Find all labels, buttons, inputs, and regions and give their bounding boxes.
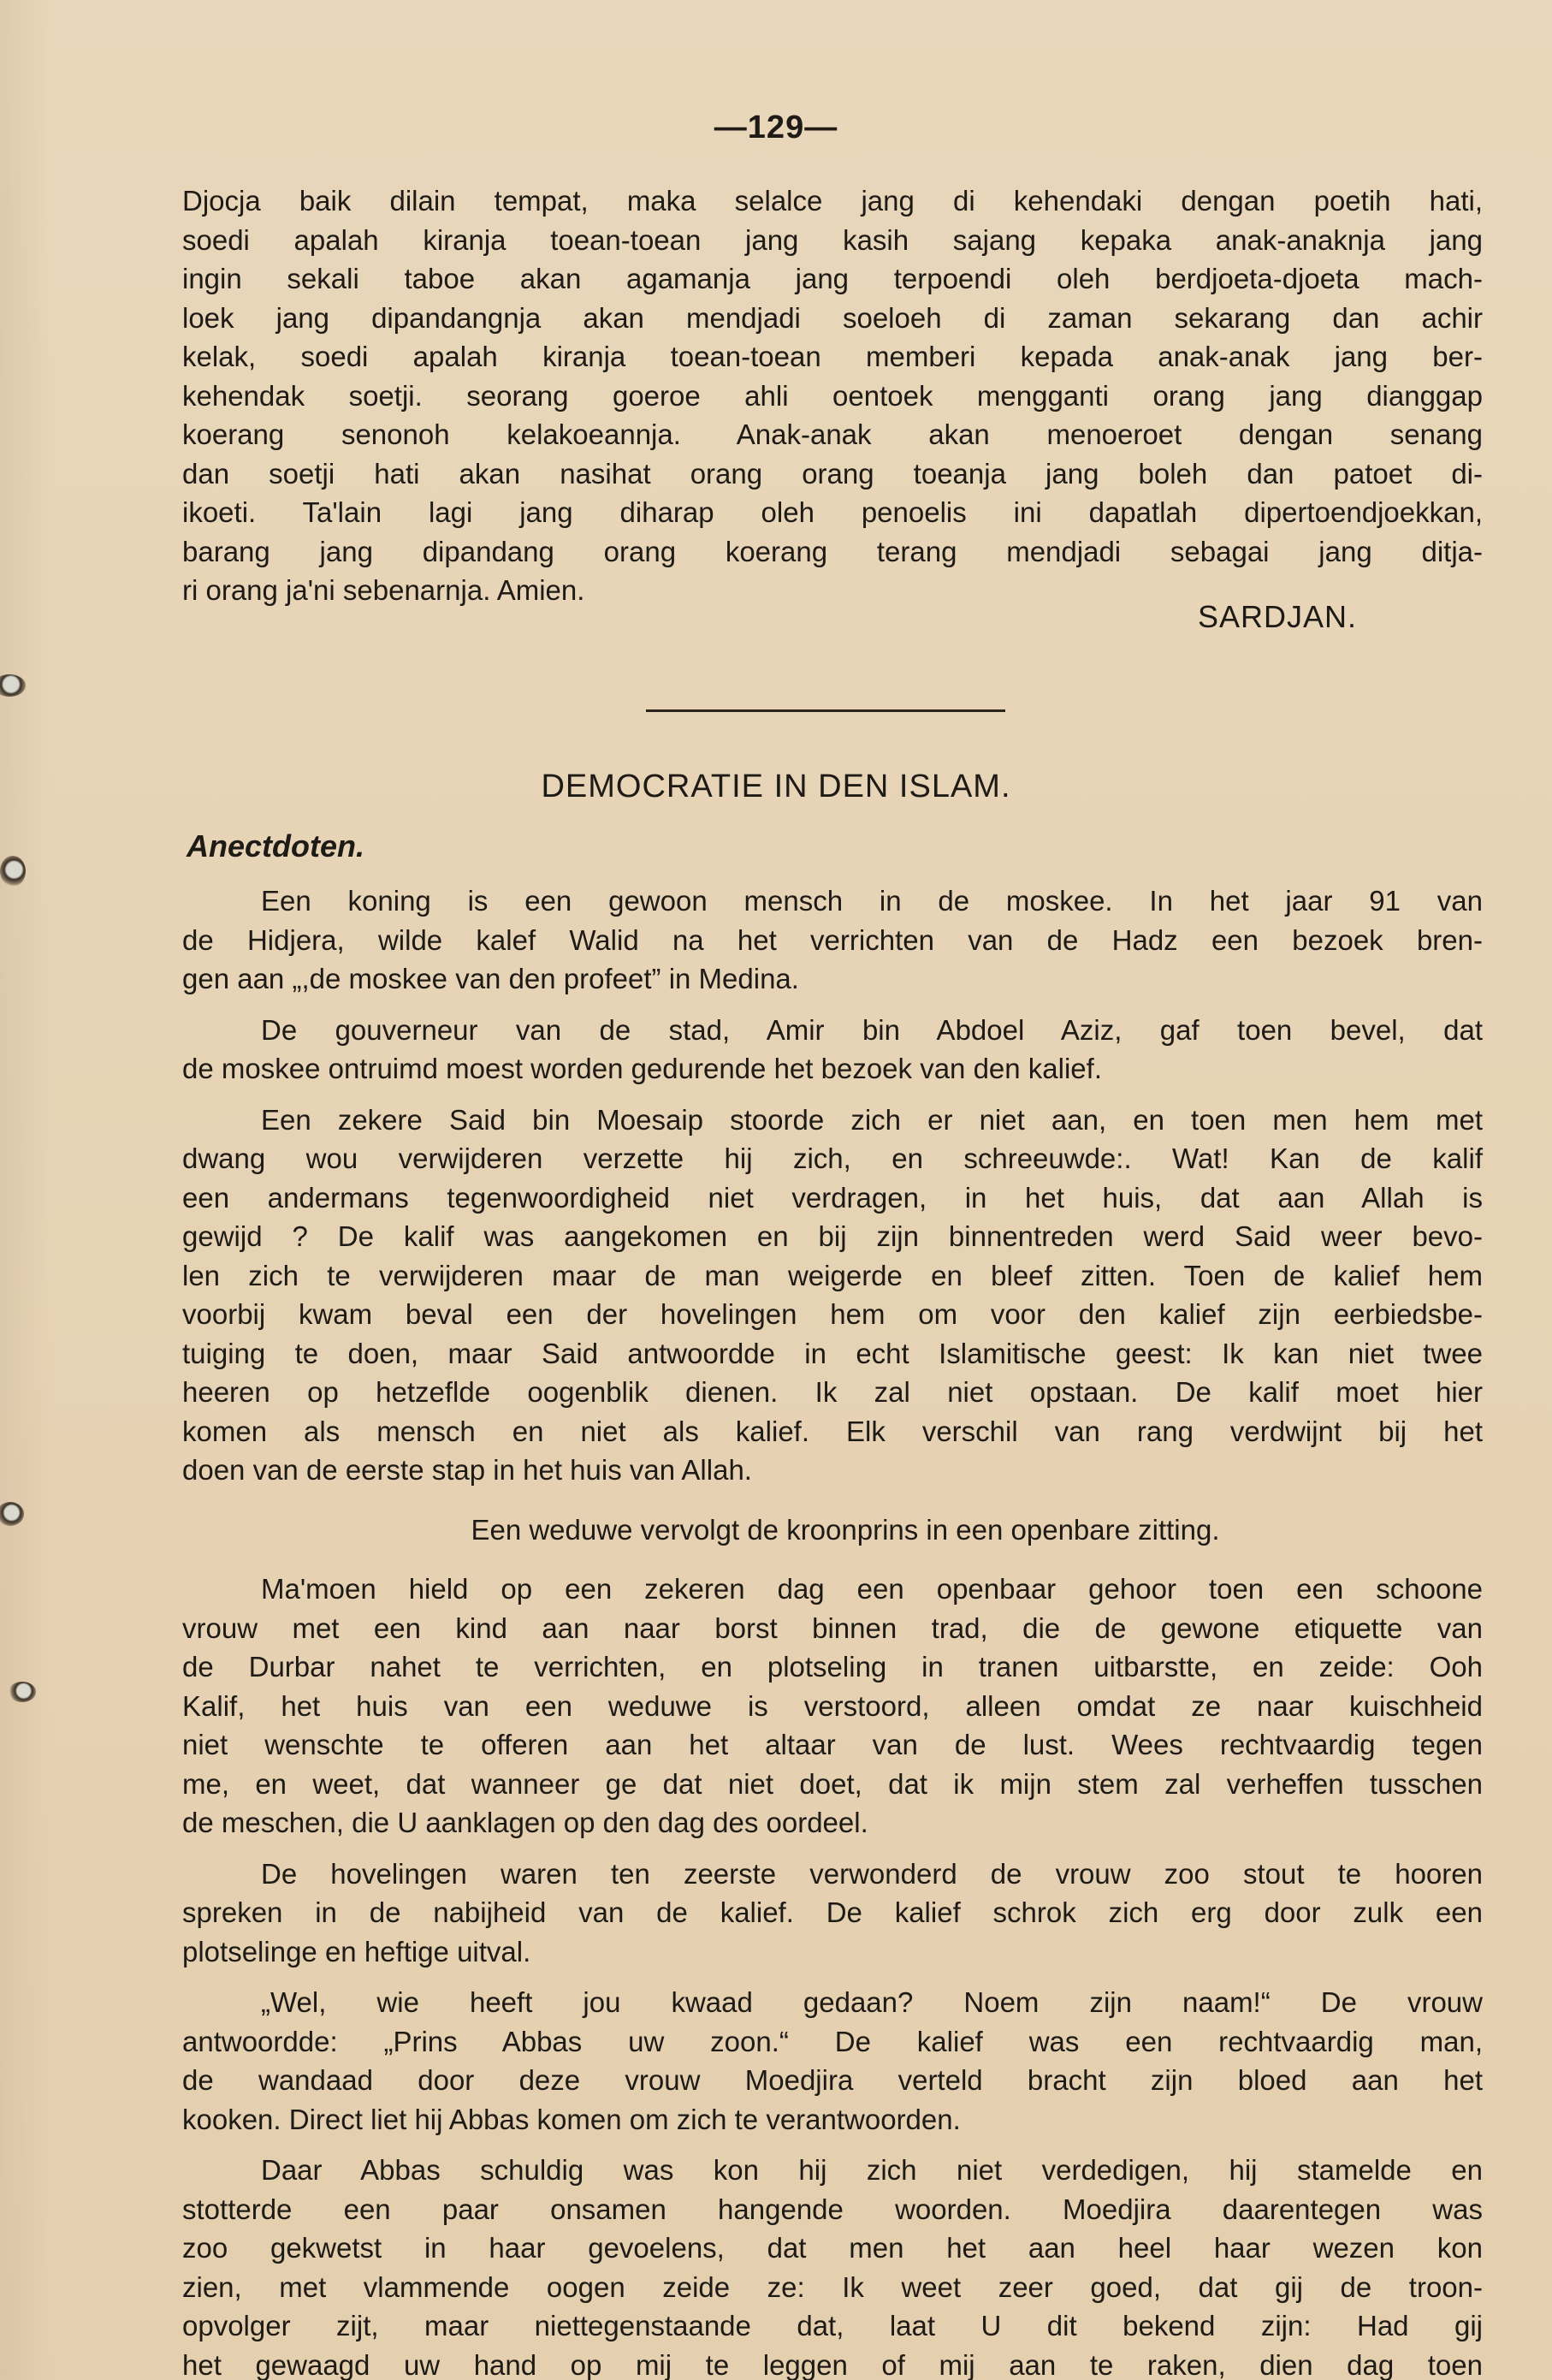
text-line: een andermans tegenwoordigheid niet verd… xyxy=(182,1178,1483,1218)
text-line: Kalif, het huis van een weduwe is versto… xyxy=(182,1687,1483,1726)
text-line: kehendak soetji. seorang goeroe ahli oen… xyxy=(182,377,1483,416)
paragraph: „Wel, wie heeft jou kwaad gedaan? Noem z… xyxy=(182,1983,1483,2139)
text-line: de Durbar nahet te verrichten, en plotse… xyxy=(182,1647,1483,1687)
author-signature: SARDJAN. xyxy=(1198,599,1357,635)
text-line: soedi apalah kiranja toean-toean jang ka… xyxy=(182,221,1483,260)
scanned-page: —129— Djocja baik dilain tempat, maka se… xyxy=(0,0,1552,2380)
text-line: De hovelingen waren ten zeerste verwonde… xyxy=(182,1855,1483,1894)
text-line: kelak, soedi apalah kiranja toean-toean … xyxy=(182,337,1483,377)
text-line: dan soetji hati akan nasihat orang orang… xyxy=(182,454,1483,494)
binding-hole-mark xyxy=(0,1502,24,1526)
binding-hole-mark xyxy=(0,856,26,887)
text-line: spreken in de nabijheid van de kalief. D… xyxy=(182,1893,1483,1932)
paragraph: Daar Abbas schuldig was kon hij zich nie… xyxy=(182,2151,1483,2380)
paragraph: Een zekere Said bin Moesaip stoorde zich… xyxy=(182,1101,1483,1490)
subheading-text: Een weduwe vervolgt de kroonprins in een… xyxy=(182,1510,1483,1550)
text-line: de meschen, die U aanklagen op den dag d… xyxy=(182,1803,1483,1843)
text-line: barang jang dipandang orang koerang tera… xyxy=(182,532,1483,572)
paragraph: Een koning is een gewoon mensch in de mo… xyxy=(182,881,1483,999)
article-body: Een koning is een gewoon mensch in de mo… xyxy=(182,881,1483,2380)
text-line: opvolger zijt, maar niettegenstaande dat… xyxy=(182,2306,1483,2346)
text-line: niet wenschte te offeren aan het altaar … xyxy=(182,1725,1483,1765)
text-line: plotselinge en heftige uitval. xyxy=(182,1932,1483,1972)
text-line: heeren op hetzeflde oogenblik dienen. Ik… xyxy=(182,1373,1483,1412)
text-line: stotterde een paar onsamen hangende woor… xyxy=(182,2190,1483,2229)
text-line: antwoordde: „Prins Abbas uw zoon.“ De ka… xyxy=(182,2022,1483,2062)
text-line: koerang senonoh kelakoeannja. Anak-anak … xyxy=(182,415,1483,454)
previous-article-text: Djocja baik dilain tempat, maka selalce … xyxy=(182,181,1483,610)
text-line: len zich te verwijderen maar de man weig… xyxy=(182,1256,1483,1296)
section-divider xyxy=(646,709,1005,712)
paragraph: De hovelingen waren ten zeerste verwonde… xyxy=(182,1855,1483,1972)
text-line: ingin sekali taboe akan agamanja jang te… xyxy=(182,259,1483,299)
section-label: Anectdoten. xyxy=(187,828,364,864)
text-line: Daar Abbas schuldig was kon hij zich nie… xyxy=(182,2151,1483,2190)
text-line: kooken. Direct liet hij Abbas komen om z… xyxy=(182,2100,1483,2140)
text-line: doen van de eerste stap in het huis van … xyxy=(182,1451,1483,1490)
binding-hole-mark xyxy=(0,674,26,697)
text-line: de Hidjera, wilde kalef Walid na het ver… xyxy=(182,921,1483,960)
text-line: dwang wou verwijderen verzette hij zich,… xyxy=(182,1139,1483,1178)
text-line: me, en weet, dat wanneer ge dat niet doe… xyxy=(182,1765,1483,1804)
text-line: tuiging te doen, maar Said antwoordde in… xyxy=(182,1334,1483,1374)
text-line: De gouverneur van de stad, Amir bin Abdo… xyxy=(182,1011,1483,1050)
text-line: ikoeti. Ta'lain lagi jang diharap oleh p… xyxy=(182,493,1483,532)
text-line: de moskee ontruimd moest worden gedurend… xyxy=(182,1049,1483,1089)
text-line: Djocja baik dilain tempat, maka selalce … xyxy=(182,181,1483,221)
binding-hole-mark xyxy=(9,1682,36,1702)
text-line: het gewaagd uw hand op mij te leggen of … xyxy=(182,2346,1483,2380)
text-line: loek jang dipandangnja akan mendjadi soe… xyxy=(182,299,1483,338)
text-line: „Wel, wie heeft jou kwaad gedaan? Noem z… xyxy=(182,1983,1483,2022)
text-line: voorbij kwam beval een der hovelingen he… xyxy=(182,1295,1483,1334)
text-line: Een zekere Said bin Moesaip stoorde zich… xyxy=(182,1101,1483,1140)
article-title: DEMOCRATIE IN DEN ISLAM. xyxy=(0,769,1552,805)
page-number: —129— xyxy=(0,110,1552,146)
text-line: gewijd ? De kalif was aangekomen en bij … xyxy=(182,1217,1483,1256)
text-line: zien, met vlammende oogen zeide ze: Ik w… xyxy=(182,2268,1483,2307)
paragraph: De gouverneur van de stad, Amir bin Abdo… xyxy=(182,1011,1483,1089)
anecdote-subheading: Een weduwe vervolgt de kroonprins in een… xyxy=(182,1510,1483,1550)
text-line: zoo gekwetst in haar gevoelens, dat men … xyxy=(182,2229,1483,2268)
text-line: komen als mensch en niet als kalief. Elk… xyxy=(182,1412,1483,1451)
paragraph: Ma'moen hield op een zekeren dag een ope… xyxy=(182,1570,1483,1843)
text-line: Een koning is een gewoon mensch in de mo… xyxy=(182,881,1483,921)
text-line: de wandaad door deze vrouw Moedjira vert… xyxy=(182,2061,1483,2100)
text-line: Ma'moen hield op een zekeren dag een ope… xyxy=(182,1570,1483,1609)
text-line: vrouw met een kind aan naar borst binnen… xyxy=(182,1609,1483,1648)
text-line: gen aan „,de moskee van den profeet” in … xyxy=(182,959,1483,999)
